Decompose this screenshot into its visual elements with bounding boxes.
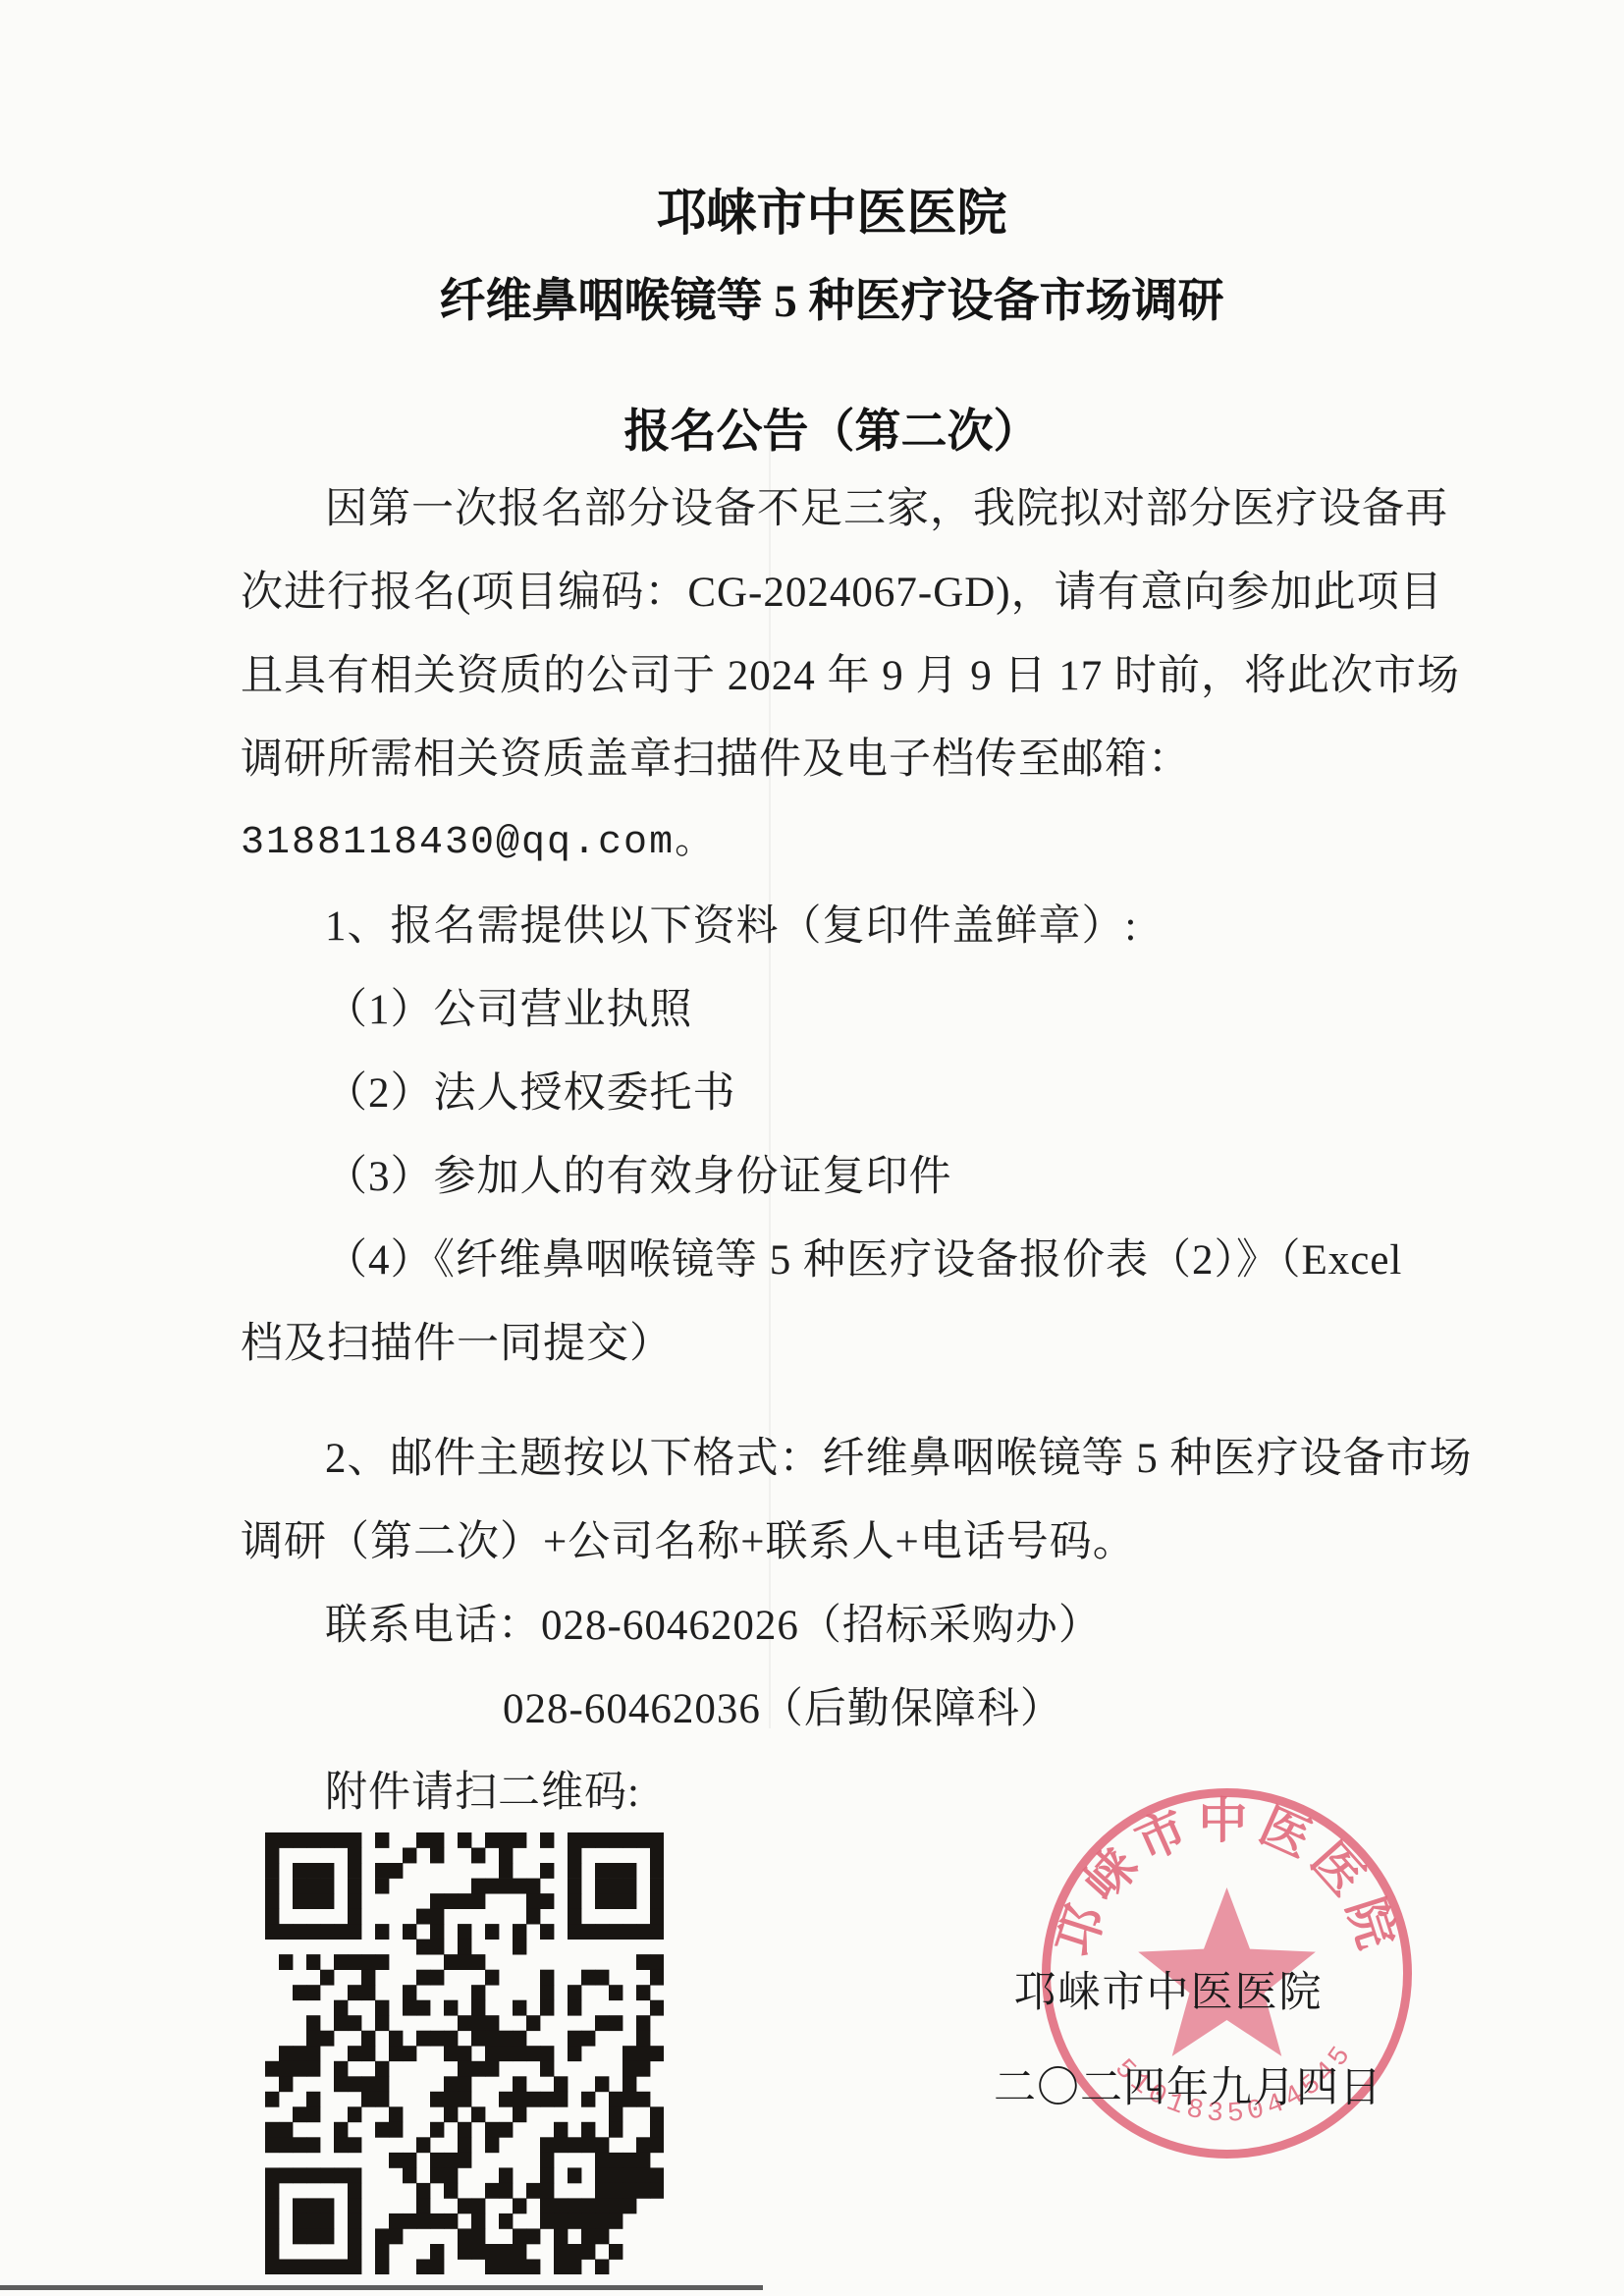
body-line: 2、邮件主题按以下格式：纤维鼻咽喉镜等 5 种医疗设备市场 <box>241 1417 1423 1501</box>
body-line: （4）《纤维鼻咽喉镜等 5 种医疗设备报价表（2）》（Excel <box>241 1219 1423 1302</box>
body-line: 因第一次报名部分设备不足三家，我院拟对部分医疗设备再 <box>241 467 1423 551</box>
document-body: 邛崃市中医医院 纤维鼻咽喉镜等 5 种医疗设备市场调研 报名公告（第二次） 因第… <box>241 185 1423 1834</box>
signature-date: 二〇二四年九月四日 <box>987 2054 1389 2114</box>
body-line: 次进行报名(项目编码：CG-2024067-GD)，请有意向参加此项目 <box>241 551 1423 634</box>
body-line: 3188118430@qq.com。 <box>241 801 1423 885</box>
body-line: 档及扫描件一同提交） <box>241 1302 1423 1386</box>
body-line: （1）公司营业执照 <box>241 968 1423 1052</box>
body-line: （3）参加人的有效身份证复印件 <box>241 1135 1423 1219</box>
scan-artifact-vertical-line <box>769 412 771 1728</box>
body-line: 1、报名需提供以下资料（复印件盖鲜章）: <box>241 885 1423 968</box>
body-line: 联系电话：028-60462026（招标采购办） <box>241 1584 1423 1667</box>
qr-code <box>265 1832 664 2274</box>
scan-artifact-bottom-line <box>0 2285 763 2290</box>
body-line: （2）法人授权委托书 <box>241 1052 1423 1135</box>
body-text-lines: 因第一次报名部分设备不足三家，我院拟对部分医疗设备再次进行报名(项目编码：CG-… <box>241 467 1423 1834</box>
document-subtitle-2: 报名公告（第二次） <box>241 405 1423 460</box>
signature-organization: 邛崃市中医医院 <box>1011 1959 1326 2019</box>
page-title: 邛崃市中医医院 <box>241 185 1423 245</box>
body-line: 调研（第二次）+公司名称+联系人+电话号码。 <box>241 1501 1423 1584</box>
scanned-document-page: 邛崃市中医医院 纤维鼻咽喉镜等 5 种医疗设备市场调研 报名公告（第二次） 因第… <box>0 0 1624 2296</box>
body-line: 028-60462036（后勤保障科） <box>241 1667 1423 1751</box>
body-line: 且具有相关资质的公司于 2024 年 9 月 9 日 17 时前，将此次市场 <box>241 634 1423 718</box>
body-line: 调研所需相关资质盖章扫描件及电子档传至邮箱： <box>241 718 1423 801</box>
document-subtitle: 纤维鼻咽喉镜等 5 种医疗设备市场调研 <box>241 274 1423 329</box>
